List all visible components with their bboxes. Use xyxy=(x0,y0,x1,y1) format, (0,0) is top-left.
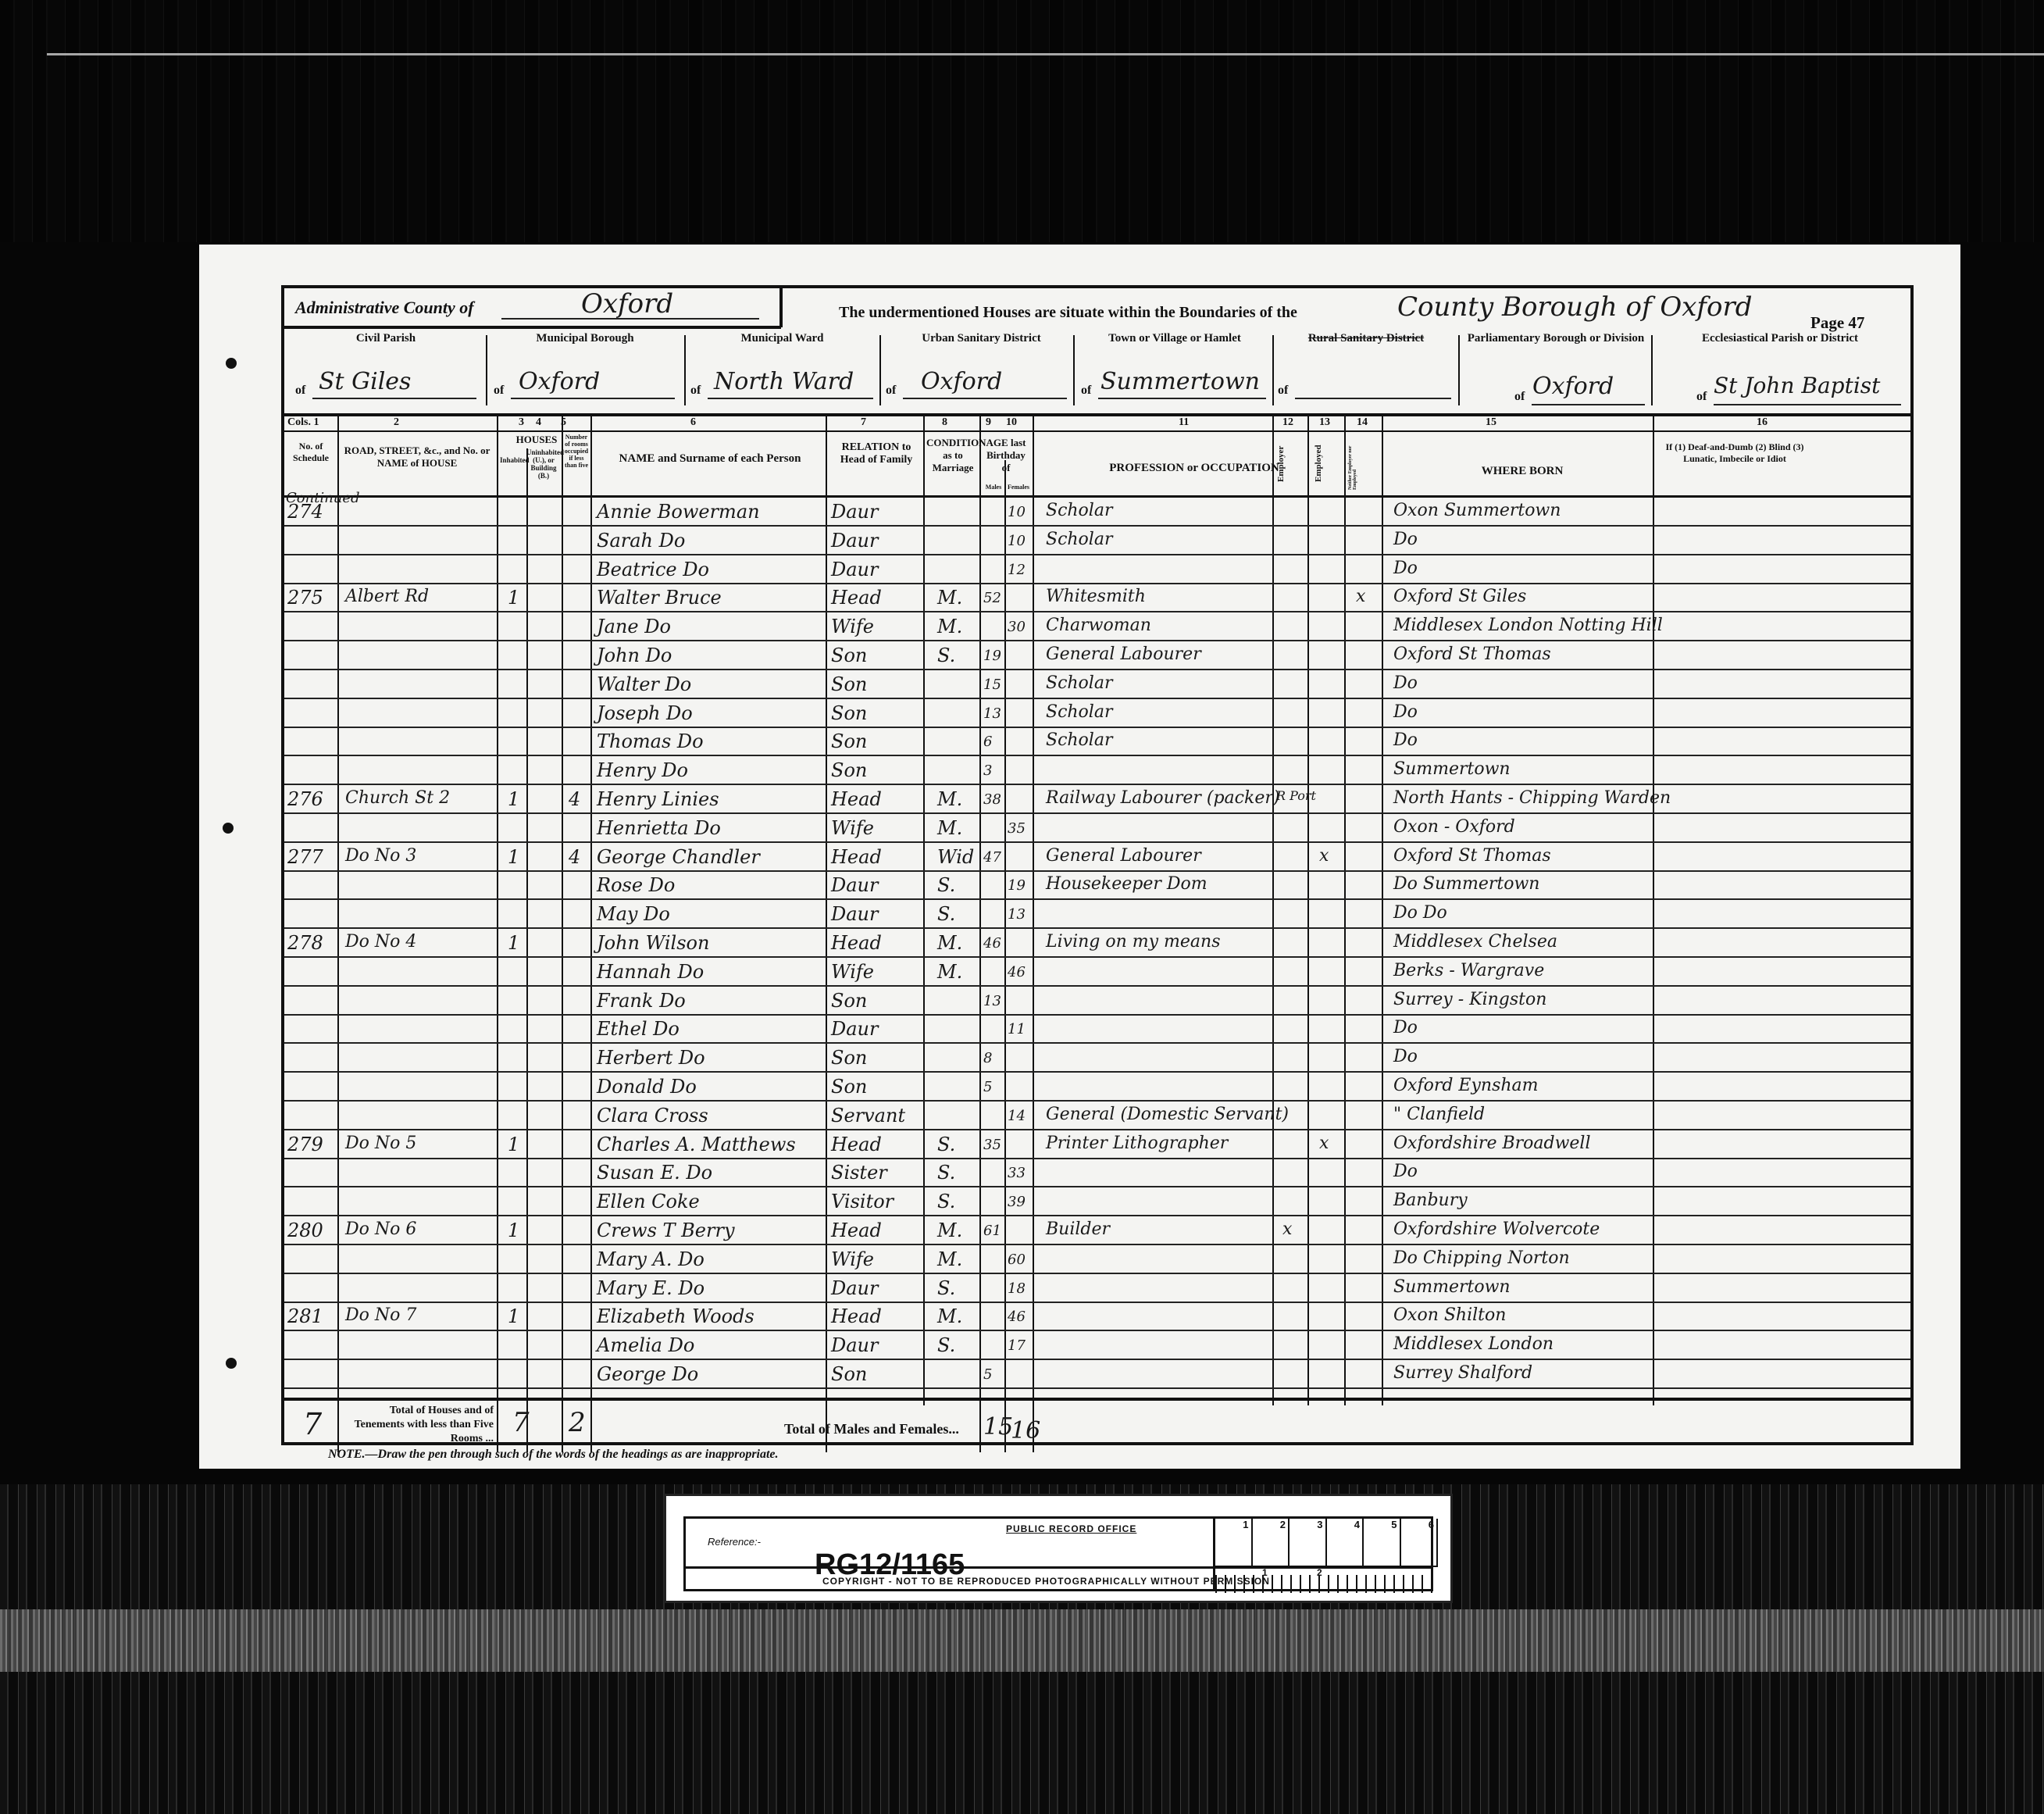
relation-cell: Wife xyxy=(831,1248,874,1270)
town-village-value: Summertown xyxy=(1100,368,1260,395)
where-born-cell: Do xyxy=(1393,730,1418,750)
ruler-inch-label: 1 xyxy=(1262,1567,1268,1578)
relation-cell: Head xyxy=(831,932,882,954)
female-age-cell: 10 xyxy=(1008,504,1026,520)
relation-cell: Son xyxy=(831,673,867,695)
relation-cell: Son xyxy=(831,990,867,1012)
condition-cell: Wid xyxy=(937,846,974,868)
name-cell: Joseph Do xyxy=(597,702,693,724)
where-born-cell: Surrey Shalford xyxy=(1393,1363,1532,1383)
relation-cell: Visitor xyxy=(831,1191,894,1212)
parliamentary-borough-label: Parliamentary Borough or Division xyxy=(1462,332,1650,345)
schedule-cell: 281 xyxy=(287,1305,323,1327)
urban-sanitary-label: Urban Sanitary District xyxy=(886,332,1077,345)
table-row: Ethel DoDaur11Do xyxy=(284,1015,1910,1044)
name-cell: Amelia Do xyxy=(597,1334,694,1356)
table-row: Mary E. DoDaurS.18Summertown xyxy=(284,1274,1910,1303)
field-underline xyxy=(511,398,675,399)
where-born-cell: Oxford St Thomas xyxy=(1393,645,1551,664)
scan-background-top xyxy=(0,0,2044,242)
table-row: Henry DoSon3Summertown xyxy=(284,756,1910,785)
admin-county-value: Oxford xyxy=(581,288,673,320)
col-number: 10 xyxy=(1006,416,1017,429)
where-born-cell: Oxon Shilton xyxy=(1393,1305,1506,1325)
condition-cell: S. xyxy=(937,903,955,925)
where-born-cell: Banbury xyxy=(1393,1191,1468,1210)
table-row: Walter DoSon15ScholarDo xyxy=(284,670,1910,699)
occupation-cell: Living on my means xyxy=(1046,932,1221,952)
ruler-cm: 1 2 3 4 5 6 xyxy=(1215,1519,1438,1567)
ecclesiastical-parish-value: St John Baptist xyxy=(1714,373,1880,398)
female-age-cell: 33 xyxy=(1008,1165,1026,1181)
col-number: 13 xyxy=(1319,416,1330,429)
col-header-rooms: Number of rooms occupied if less than fi… xyxy=(564,434,589,469)
condition-cell: M. xyxy=(937,587,962,609)
table-row: John DoSonS.19General LabourerOxford St … xyxy=(284,641,1910,670)
col-header-condition: CONDITION as to Marriage xyxy=(926,437,979,474)
scan-band xyxy=(0,1609,2044,1672)
col-header-uninhabited: Uninhabited (U.), or Building (B.) xyxy=(526,448,561,480)
total-persons-label: Total of Males and Females... xyxy=(784,1421,959,1437)
col-header-inhabited: Inhabited xyxy=(500,456,526,464)
col-header-employer: Employer xyxy=(1276,446,1286,482)
ruler-tick-label: 4 xyxy=(1327,1519,1364,1566)
occupation-cell: Scholar xyxy=(1046,501,1112,520)
admin-county-label: Administrative County of xyxy=(295,298,474,318)
col-header-road: ROAD, STREET, &c., and No. or NAME of HO… xyxy=(339,445,495,470)
employment-mark: x xyxy=(1282,1219,1292,1239)
female-age-cell: 14 xyxy=(1008,1108,1026,1124)
field-divider xyxy=(1651,335,1653,405)
relation-cell: Wife xyxy=(831,616,874,637)
road-cell: Do No 5 xyxy=(345,1134,416,1153)
where-born-cell: Do Do xyxy=(1393,903,1447,923)
schedule-frame: Administrative County of Oxford The unde… xyxy=(281,285,1914,1445)
table-row: 275Albert Rd1Walter BruceHeadM.52Whitesm… xyxy=(284,584,1910,612)
name-cell: Elizabeth Woods xyxy=(597,1305,754,1327)
name-cell: Charles A. Matthews xyxy=(597,1134,796,1155)
boundaries-text: The undermentioned Houses are situate wi… xyxy=(839,304,1297,322)
field-underline xyxy=(903,398,1067,399)
table-row: Rose DoDaurS.19Housekeeper DomDo Summert… xyxy=(284,871,1910,900)
name-cell: Ellen Coke xyxy=(597,1191,700,1212)
archive-label: COPYRIGHT - NOT TO BE REPRODUCED PHOTOGR… xyxy=(664,1494,1453,1603)
of-prefix: of xyxy=(295,384,305,398)
female-age-cell: 39 xyxy=(1008,1194,1026,1210)
schedule-cell: 280 xyxy=(287,1219,323,1241)
schedule-cell: 274 xyxy=(287,501,323,523)
archive-label-inner: COPYRIGHT - NOT TO BE REPRODUCED PHOTOGR… xyxy=(683,1516,1433,1591)
where-born-cell: " Clanfield xyxy=(1393,1105,1485,1124)
female-age-cell: 10 xyxy=(1008,533,1026,549)
condition-cell: M. xyxy=(937,1305,962,1327)
total-houses-label: Total of Houses and of Tenements with le… xyxy=(344,1404,494,1446)
table-row: Henrietta DoWifeM.35Oxon - Oxford xyxy=(284,814,1910,843)
male-age-cell: 61 xyxy=(983,1223,1001,1239)
condition-cell: S. xyxy=(937,1277,955,1299)
occupation-cell: Scholar xyxy=(1046,530,1112,549)
relation-cell: Daur xyxy=(831,874,878,896)
table-row: Mary A. DoWifeM.60Do Chipping Norton xyxy=(284,1245,1910,1274)
name-cell: Rose Do xyxy=(597,874,675,896)
female-age-cell: 19 xyxy=(1008,877,1026,894)
inhabited-cell: 1 xyxy=(508,1219,519,1241)
punch-hole xyxy=(226,358,237,369)
total-females: 16 xyxy=(1011,1417,1040,1444)
table-row: George DoSon5Surrey Shalford xyxy=(284,1360,1910,1389)
relation-cell: Son xyxy=(831,645,867,666)
table-row: Thomas DoSon6ScholarDo xyxy=(284,727,1910,756)
where-born-cell: Do xyxy=(1393,530,1418,549)
boundaries-value: County Borough of Oxford xyxy=(1397,291,1752,323)
census-page: Administrative County of Oxford The unde… xyxy=(199,245,1960,1469)
where-born-cell: Oxford Eynsham xyxy=(1393,1076,1539,1095)
ruler-scale: 1 2 3 4 5 6 1 2 xyxy=(1213,1519,1438,1589)
field-underline xyxy=(1098,398,1266,399)
male-age-cell: 5 xyxy=(983,1366,992,1383)
name-cell: Henrietta Do xyxy=(597,817,721,839)
employment-mark: x xyxy=(1319,846,1329,866)
female-age-cell: 17 xyxy=(1008,1337,1026,1354)
name-cell: Donald Do xyxy=(597,1076,697,1098)
relation-cell: Son xyxy=(831,1076,867,1098)
field-divider xyxy=(1458,335,1460,405)
condition-cell: M. xyxy=(937,817,962,839)
name-cell: Annie Bowerman xyxy=(597,501,760,523)
where-born-cell: Do Chipping Norton xyxy=(1393,1248,1570,1268)
name-cell: Mary A. Do xyxy=(597,1248,705,1270)
relation-cell: Daur xyxy=(831,530,878,552)
occupation-cell: Builder xyxy=(1046,1219,1110,1239)
female-age-cell: 18 xyxy=(1008,1280,1026,1297)
col-number: 11 xyxy=(1179,416,1189,429)
schedule-cell: 279 xyxy=(287,1134,323,1155)
condition-cell: M. xyxy=(937,961,962,983)
relation-cell: Servant xyxy=(831,1105,905,1127)
field-divider xyxy=(1272,335,1274,405)
name-cell: George Do xyxy=(597,1363,698,1385)
where-born-cell: Oxon - Oxford xyxy=(1393,817,1515,837)
col-header-neither: Neither Employer nor Employed xyxy=(1348,435,1357,490)
reference-number: RG12/1165 xyxy=(815,1548,965,1582)
road-cell: Do No 6 xyxy=(345,1219,416,1239)
footnote: NOTE.—Draw the pen through such of the w… xyxy=(328,1448,779,1462)
female-age-cell: 11 xyxy=(1008,1021,1026,1037)
census-rows: 274Annie BowermanDaur10ScholarOxon Summe… xyxy=(284,498,1910,1396)
male-age-cell: 3 xyxy=(983,762,992,779)
table-row: 277Do No 314George ChandlerHeadWid47Gene… xyxy=(284,843,1910,872)
condition-cell: M. xyxy=(937,1219,962,1241)
col-number: 4 xyxy=(536,416,541,429)
ruler-tick-label: 5 xyxy=(1364,1519,1401,1566)
female-age-cell: 12 xyxy=(1008,562,1026,578)
employment-mark: x xyxy=(1356,587,1365,606)
table-row: Joseph DoSon13ScholarDo xyxy=(284,699,1910,728)
name-cell: Mary E. Do xyxy=(597,1277,705,1299)
column-number-rule xyxy=(284,430,1910,432)
relation-cell: Daur xyxy=(831,559,878,580)
road-cell: Albert Rd xyxy=(345,587,429,606)
name-cell: John Do xyxy=(597,645,672,666)
public-record-office: PUBLIC RECORD OFFICE xyxy=(1006,1523,1136,1534)
of-prefix: of xyxy=(494,384,504,398)
road-cell: Do No 4 xyxy=(345,932,416,952)
occupation-cell: Railway Labourer (packer) xyxy=(1046,788,1279,808)
relation-cell: Wife xyxy=(831,817,874,839)
male-age-cell: 8 xyxy=(983,1050,992,1066)
relation-cell: Head xyxy=(831,1219,882,1241)
relation-cell: Son xyxy=(831,702,867,724)
of-prefix: of xyxy=(1081,384,1091,398)
civil-parish-label: Civil Parish xyxy=(284,332,487,345)
where-born-cell: Do xyxy=(1393,1047,1418,1066)
female-age-cell: 46 xyxy=(1008,1309,1026,1325)
name-cell: Clara Cross xyxy=(597,1105,708,1127)
municipal-ward-value: North Ward xyxy=(714,368,854,395)
occupation-cell: Printer Lithographer xyxy=(1046,1134,1228,1153)
condition-cell: M. xyxy=(937,932,962,954)
col-header-females: Females xyxy=(1006,484,1031,491)
where-born-cell: Do xyxy=(1393,1162,1418,1181)
totals-rule xyxy=(284,1398,1910,1401)
of-prefix: of xyxy=(1514,390,1525,404)
table-row: 274Annie BowermanDaur10ScholarOxon Summe… xyxy=(284,498,1910,527)
of-prefix: of xyxy=(1278,384,1288,398)
name-cell: Crews T Berry xyxy=(597,1219,735,1241)
schedule-cell: 276 xyxy=(287,788,323,810)
table-row: Donald DoSon5Oxford Eynsham xyxy=(284,1073,1910,1102)
relation-cell: Head xyxy=(831,788,882,810)
municipal-borough-value: Oxford xyxy=(519,368,600,395)
table-row: Ellen CokeVisitorS.39Banbury xyxy=(284,1187,1910,1216)
where-born-cell: Summertown xyxy=(1393,1277,1511,1297)
name-cell: Walter Do xyxy=(597,673,691,695)
male-age-cell: 5 xyxy=(983,1079,992,1095)
col-number: 2 xyxy=(394,416,399,429)
name-cell: Henry Do xyxy=(597,759,688,781)
col-number: 14 xyxy=(1357,416,1368,429)
name-cell: Frank Do xyxy=(597,990,686,1012)
relation-cell: Head xyxy=(831,1134,882,1155)
where-born-cell: Berks - Wargrave xyxy=(1393,961,1544,980)
male-age-cell: 46 xyxy=(983,935,1001,952)
col-header-employed: Employed xyxy=(1314,445,1323,482)
of-prefix: of xyxy=(690,384,701,398)
where-born-cell: Oxford St Giles xyxy=(1393,587,1526,606)
relation-cell: Head xyxy=(831,1305,882,1327)
table-row: 278Do No 41John WilsonHeadM.46Living on … xyxy=(284,929,1910,958)
page-label: Page 47 xyxy=(1810,313,1864,333)
relation-cell: Head xyxy=(831,846,882,868)
reference-label: Reference:- xyxy=(708,1536,761,1548)
table-row: Sarah DoDaur10ScholarDo xyxy=(284,527,1910,555)
table-row: 280Do No 61Crews T BerryHeadM.61BuilderO… xyxy=(284,1216,1910,1245)
relation-cell: Son xyxy=(831,1363,867,1385)
inhabited-cell: 1 xyxy=(508,1134,519,1155)
occupation-cell: General Labourer xyxy=(1046,846,1201,866)
table-row: Hannah DoWifeM.46Berks - Wargrave xyxy=(284,958,1910,987)
header-rule xyxy=(284,326,781,329)
where-born-cell: Middlesex London xyxy=(1393,1334,1554,1354)
relation-cell: Son xyxy=(831,759,867,781)
table-row: Herbert DoSon8Do xyxy=(284,1044,1910,1073)
where-born-cell: Surrey - Kingston xyxy=(1393,990,1546,1009)
schedule-cell: 277 xyxy=(287,846,323,868)
table-row: Frank DoSon13Surrey - Kingston xyxy=(284,987,1910,1016)
name-cell: Thomas Do xyxy=(597,730,704,752)
relation-cell: Son xyxy=(831,1047,867,1069)
where-born-cell: Do xyxy=(1393,702,1418,722)
col-number: 9 xyxy=(986,416,991,429)
female-age-cell: 13 xyxy=(1008,906,1026,923)
female-age-cell: 60 xyxy=(1008,1252,1026,1268)
table-row: Beatrice DoDaur12Do xyxy=(284,555,1910,584)
col-number: 7 xyxy=(861,416,866,429)
table-row: May DoDaurS.13Do Do xyxy=(284,900,1910,929)
name-cell: Ethel Do xyxy=(597,1018,680,1040)
condition-cell: M. xyxy=(937,616,962,637)
male-age-cell: 15 xyxy=(983,677,1001,693)
male-age-cell: 13 xyxy=(983,993,1001,1009)
field-underline xyxy=(1714,404,1901,405)
parliamentary-borough-value: Oxford xyxy=(1532,373,1614,400)
punch-hole xyxy=(223,823,234,834)
total-tenements: 2 xyxy=(569,1407,586,1438)
col-header-age: AGE last Birthday of xyxy=(982,437,1030,474)
rural-sanitary-label: Rural Sanitary District xyxy=(1276,332,1456,345)
field-underline xyxy=(708,398,873,399)
occupation-cell: Housekeeper Dom xyxy=(1046,874,1207,894)
inhabited-cell: 1 xyxy=(508,587,519,609)
male-age-cell: 47 xyxy=(983,849,1001,866)
condition-cell: S. xyxy=(937,1334,955,1356)
table-row: Susan E. DoSisterS.33Do xyxy=(284,1159,1910,1187)
total-houses: 7 xyxy=(512,1407,530,1438)
field-underline xyxy=(1532,404,1645,405)
relation-cell: Daur xyxy=(831,903,878,925)
occupation-cell: Scholar xyxy=(1046,730,1112,750)
where-born-cell: North Hants - Chipping Warden xyxy=(1393,788,1671,808)
male-age-cell: 52 xyxy=(983,590,1001,606)
male-age-cell: 6 xyxy=(983,734,992,750)
ruler-tick-label: 6 xyxy=(1401,1519,1439,1566)
condition-cell: M. xyxy=(937,1248,962,1270)
scan-streak xyxy=(47,53,2044,55)
town-village-label: Town or Village or Hamlet xyxy=(1081,332,1268,345)
field-underline xyxy=(312,398,476,399)
name-cell: Walter Bruce xyxy=(597,587,722,609)
total-schedules: 7 xyxy=(303,1407,322,1441)
col-header-relation: RELATION to Head of Family xyxy=(829,441,923,466)
inhabited-cell: 1 xyxy=(508,1305,519,1327)
condition-cell: S. xyxy=(937,1191,955,1212)
where-born-cell: Oxfordshire Broadwell xyxy=(1393,1134,1591,1153)
field-divider xyxy=(486,335,487,405)
rooms-cell: 4 xyxy=(569,846,580,868)
col-header-name: NAME and Surname of each Person xyxy=(597,452,823,466)
relation-cell: Wife xyxy=(831,961,874,983)
total-males: 15 xyxy=(983,1413,1013,1441)
name-cell: Hannah Do xyxy=(597,961,704,983)
relation-cell: Daur xyxy=(831,1277,878,1299)
male-age-cell: 35 xyxy=(983,1137,1001,1153)
male-age-cell: 38 xyxy=(983,791,1001,808)
ecclesiastical-parish-label: Ecclesiastical Parish or District xyxy=(1655,332,1905,345)
field-divider xyxy=(684,335,686,405)
ruler-tick-label: 2 xyxy=(1253,1519,1290,1566)
where-born-cell: Do Summertown xyxy=(1393,874,1539,894)
urban-sanitary-value: Oxford xyxy=(921,368,1002,395)
table-row: 281Do No 71Elizabeth WoodsHeadM.46Oxon S… xyxy=(284,1302,1910,1331)
where-born-cell: Oxford St Thomas xyxy=(1393,846,1551,866)
name-cell: George Chandler xyxy=(597,846,760,868)
where-born-cell: Oxon Summertown xyxy=(1393,501,1561,520)
condition-cell: S. xyxy=(937,1134,955,1155)
condition-cell: S. xyxy=(937,645,955,666)
col-header-where-born: WHERE BORN xyxy=(1393,465,1651,478)
municipal-ward-label: Municipal Ward xyxy=(687,332,878,345)
col-number: 12 xyxy=(1282,416,1293,429)
col-number: 3 xyxy=(519,416,524,429)
civil-parish-value: St Giles xyxy=(319,368,411,395)
where-born-cell: Summertown xyxy=(1393,759,1511,779)
occupation-cell: Charwoman xyxy=(1046,616,1151,635)
occupation-cell: Whitesmith xyxy=(1046,587,1146,606)
female-age-cell: 35 xyxy=(1008,820,1026,837)
col-number: 6 xyxy=(690,416,696,429)
name-cell: May Do xyxy=(597,903,670,925)
male-age-cell: 13 xyxy=(983,705,1001,722)
col-number: 8 xyxy=(942,416,947,429)
inhabited-cell: 1 xyxy=(508,846,519,868)
field-divider xyxy=(1073,335,1075,405)
municipal-borough-label: Municipal Borough xyxy=(487,332,683,345)
col-number: 15 xyxy=(1486,416,1496,429)
name-cell: Susan E. Do xyxy=(597,1162,712,1184)
col-number: Cols. 1 xyxy=(287,416,319,429)
col-header-infirmity: If (1) Deaf-and-Dumb (2) Blind (3) Lunat… xyxy=(1664,441,1805,465)
col-header-occupation: PROFESSION or OCCUPATION xyxy=(1038,462,1350,475)
road-cell: Church St 2 xyxy=(345,788,450,808)
inhabited-cell: 1 xyxy=(508,788,519,810)
where-born-cell: Oxfordshire Wolvercote xyxy=(1393,1219,1600,1239)
name-cell: John Wilson xyxy=(597,932,709,954)
ruler-tick-label: 1 xyxy=(1215,1519,1253,1566)
table-row: Amelia DoDaurS.17Middlesex London xyxy=(284,1331,1910,1360)
road-cell: Do No 3 xyxy=(345,846,416,866)
name-cell: Henry Linies xyxy=(597,788,719,810)
name-cell: Sarah Do xyxy=(597,530,685,552)
female-age-cell: 46 xyxy=(1008,964,1026,980)
punch-hole xyxy=(226,1358,237,1369)
employment-mark: R Port xyxy=(1276,788,1316,803)
where-born-cell: Do xyxy=(1393,559,1418,578)
road-cell: Do No 7 xyxy=(345,1305,416,1325)
schedule-cell: 278 xyxy=(287,932,323,954)
occupation-cell: General Labourer xyxy=(1046,645,1201,664)
table-row: Jane DoWifeM.30CharwomanMiddlesex London… xyxy=(284,612,1910,641)
column-header-top-rule xyxy=(284,413,1910,416)
occupation-cell: General (Domestic Servant) xyxy=(1046,1105,1289,1124)
col-number: 16 xyxy=(1757,416,1768,429)
employment-mark: x xyxy=(1319,1134,1329,1153)
occupation-cell: Scholar xyxy=(1046,673,1112,693)
relation-cell: Daur xyxy=(831,501,878,523)
schedule-cell: 275 xyxy=(287,587,323,609)
ruler-inch-label: 2 xyxy=(1317,1567,1322,1578)
table-row: 279Do No 51Charles A. MatthewsHeadS.35Pr… xyxy=(284,1130,1910,1159)
ruler-inch-ticks xyxy=(1215,1566,1438,1593)
